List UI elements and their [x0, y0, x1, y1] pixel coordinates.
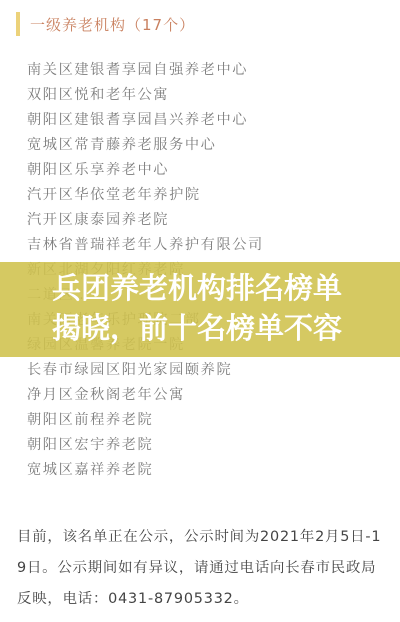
list-item: 朝阳区乐享养老中心 [27, 158, 264, 183]
list-item: 双阳区悦和老年公寓 [27, 83, 264, 108]
list-item: 汽开区康泰园养老院 [27, 208, 264, 233]
banner-title: 兵团养老机构排名榜单揭晓，前十名榜单不容 [52, 268, 352, 350]
list-item: 宽城区常青藤养老服务中心 [27, 133, 264, 158]
section-title: 一级养老机构（17个） [30, 14, 195, 35]
headline-banner: 兵团养老机构排名榜单揭晓，前十名榜单不容 [0, 262, 400, 357]
section-header: 一级养老机构（17个） [16, 11, 195, 37]
list-item: 南关区建银耆享园自强养老中心 [27, 58, 264, 83]
list-item: 朝阳区宏宇养老院 [27, 433, 264, 458]
list-item: 宽城区嘉祥养老院 [27, 458, 264, 483]
list-item: 朝阳区建银耆享园昌兴养老中心 [27, 108, 264, 133]
section-accent-bar [16, 12, 20, 36]
list-item: 长春市绿园区阳光家园颐养院 [27, 358, 264, 383]
list-item: 净月区金秋阁老年公寓 [27, 383, 264, 408]
footer-note: 目前，该名单正在公示，公示时间为2021年2月5日-19日。公示期间如有异议，请… [17, 522, 389, 615]
article-image: 一级养老机构（17个） 南关区建银耆享园自强养老中心 双阳区悦和老年公寓 朝阳区… [0, 0, 400, 622]
list-item: 汽开区华依堂老年养护院 [27, 183, 264, 208]
list-item: 朝阳区前程养老院 [27, 408, 264, 433]
list-item: 吉林省普瑞祥老年人养护有限公司 [27, 233, 264, 258]
